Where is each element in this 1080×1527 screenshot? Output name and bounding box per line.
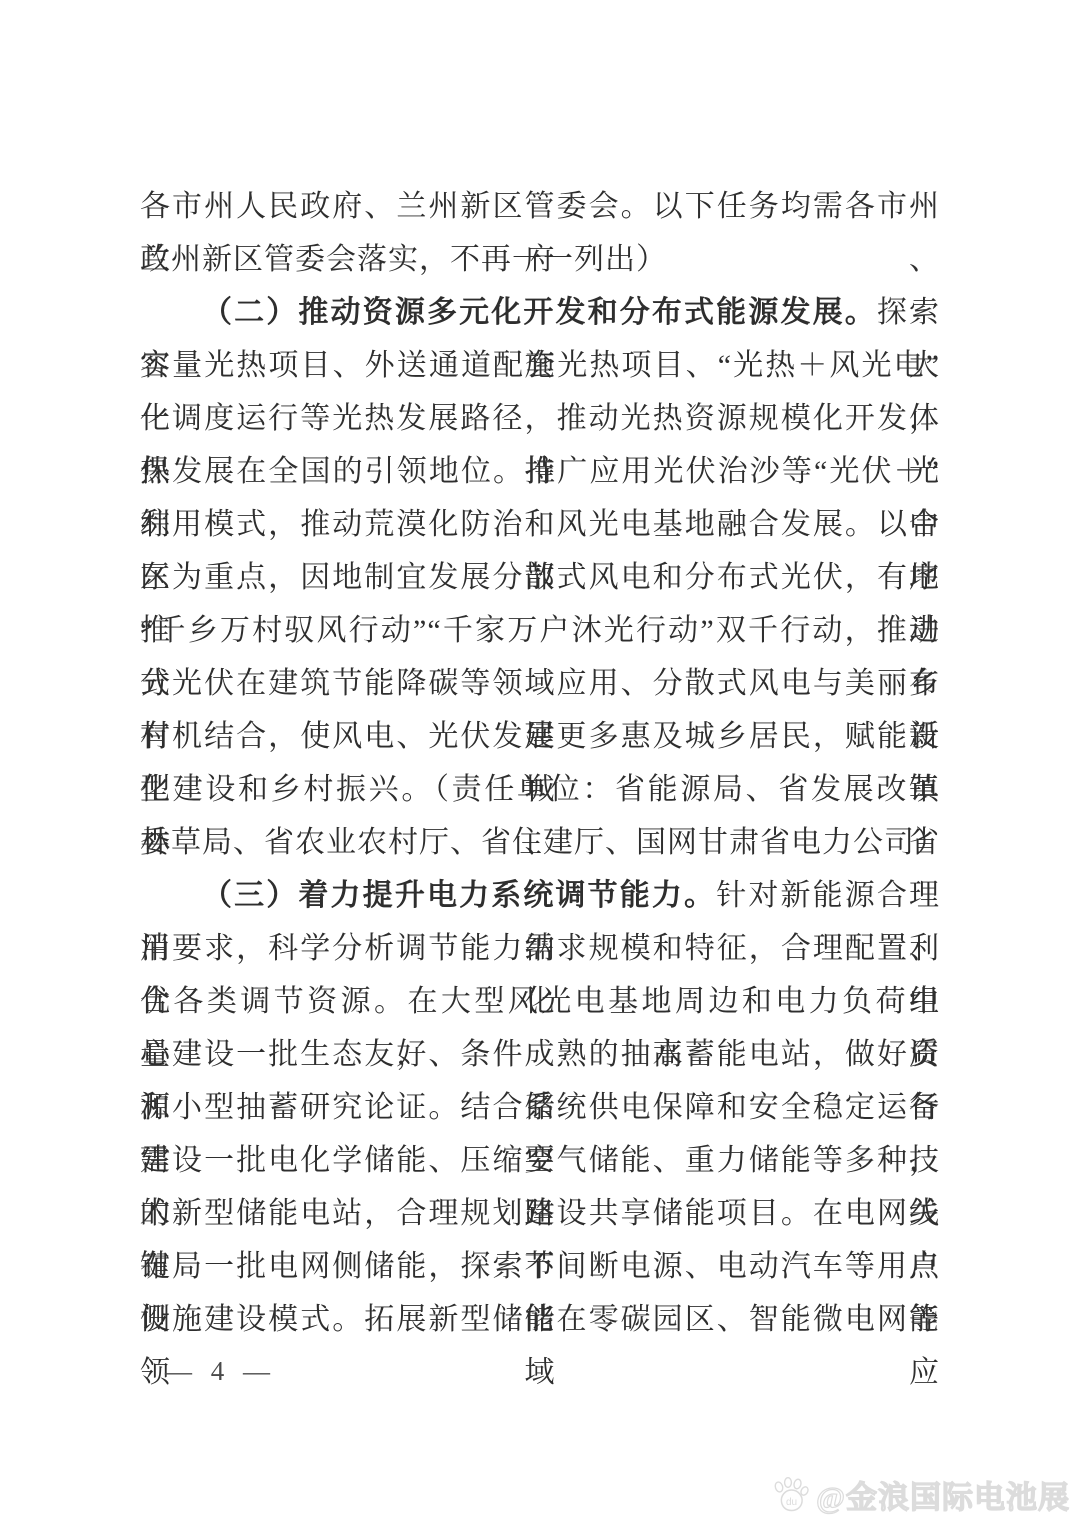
line-text: 兰州新区管委会落实，不再一一列出） bbox=[140, 243, 667, 276]
document-body: 各市州人民政府、兰州新区管委会。以下任务均需各市州政府、 兰州新区管委会落实，不… bbox=[140, 180, 940, 1346]
baidu-paw-icon: du bbox=[771, 1477, 811, 1513]
text-line: 林草局、省农业农村厅、省住建厅、国网甘肃省电力公司） bbox=[140, 816, 940, 869]
text-line: 建设一批电化学储能、压缩空气储能、重力储能等多种技术路线 bbox=[140, 1134, 940, 1187]
watermark: du @金浪国际电池展 bbox=[771, 1472, 1070, 1517]
text-line: 有机结合，使风电、光伏发展更多惠及城乡居民，赋能新型城镇 bbox=[140, 710, 940, 763]
text-line: 各市州人民政府、兰州新区管委会。以下任务均需各市州政府、 bbox=[140, 180, 940, 233]
text-line: 式光伏在建筑节能降碳等领域应用、分散式风电与美丽乡村建设 bbox=[140, 657, 940, 710]
text-line: 布局一批电网侧储能，探索不间断电源、电动汽车等用户侧储能 bbox=[140, 1240, 940, 1293]
text-line: 热发展在全国的引领地位。推广应用光伏治沙等“光伏＋”综合 bbox=[140, 445, 940, 498]
text-line-section-heading-3: （三）着力提升电力系统调节能力。针对新能源合理消纳利 bbox=[140, 869, 940, 922]
text-line: 利用模式，推动荒漠化防治和风光电基地融合发展。以中东部地 bbox=[140, 498, 940, 551]
text-line: 区为重点，因地制宜发展分散式风电和分布式光伏，有序推动 bbox=[140, 551, 940, 604]
text-line: 设施建设模式。拓展新型储能在零碳园区、智能微电网等领域应 bbox=[140, 1293, 940, 1346]
text-line: 合各类调节资源。在大型风光电基地周边和电力负荷中心，高质 bbox=[140, 975, 940, 1028]
page-number: — 4 — bbox=[165, 1356, 276, 1387]
text-line: 的新型储能电站，合理规划建设共享储能项目。在电网关键节点 bbox=[140, 1187, 940, 1240]
paw-icon-label: du bbox=[786, 1497, 797, 1508]
watermark-text: @金浪国际电池展 bbox=[816, 1472, 1070, 1517]
text-line: 量建设一批生态友好、条件成熟的抽水蓄能电站，做好资源储备 bbox=[140, 1028, 940, 1081]
line-text: 林草局、省农业农村厅、省住建厅、国网甘肃省电力公司） bbox=[140, 826, 946, 859]
text-line: 和小型抽蓄研究论证。结合系统供电保障和安全稳定运行需要， bbox=[140, 1081, 940, 1134]
text-line-section-heading-2: （二）推动资源多元化开发和分布式能源发展。探索实施大 bbox=[140, 286, 940, 339]
document-page: 各市州人民政府、兰州新区管委会。以下任务均需各市州政府、 兰州新区管委会落实，不… bbox=[0, 0, 1080, 1527]
text-line: 化调度运行等光热发展路径，推动光热资源规模化开发，保持光 bbox=[140, 392, 940, 445]
text-line: “千乡万村驭风行动”“千家万户沐光行动”双千行动，推进分布 bbox=[140, 604, 940, 657]
section-heading: （二）推动资源多元化开发和分布式能源发展。 bbox=[202, 296, 877, 329]
text-line: 化建设和乡村振兴。（责任单位：省能源局、省发展改革委、省 bbox=[140, 763, 940, 816]
text-line: 用要求，科学分析调节能力需求规模和特征，合理配置、优化组 bbox=[140, 922, 940, 975]
text-line: 容量光热项目、外送通道配套光热项目、“光热＋风光电”一体 bbox=[140, 339, 940, 392]
section-heading: （三）着力提升电力系统调节能力。 bbox=[202, 879, 716, 912]
